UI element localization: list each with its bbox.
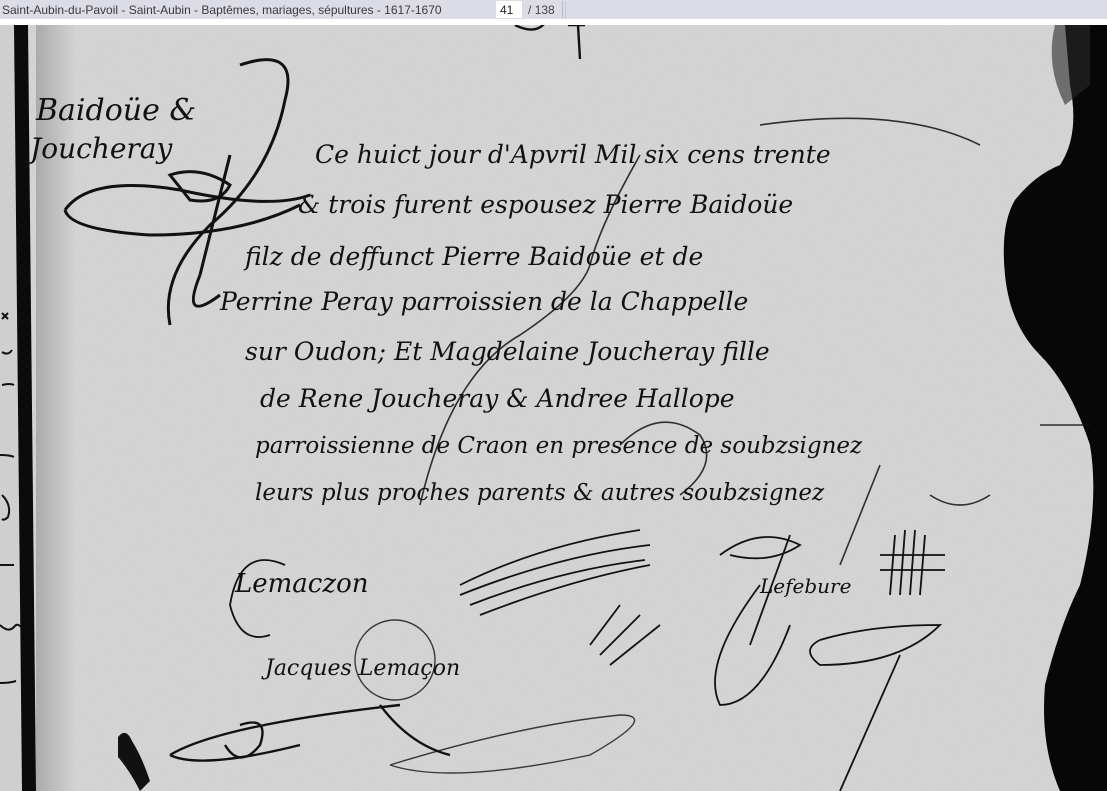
svg-text:Ce huict jour d'Apvril Mil six: Ce huict jour d'Apvril Mil six cens tren…	[315, 140, 831, 169]
svg-text:Baidoüe &: Baidoüe &	[35, 93, 196, 128]
svg-text:& trois furent espousez Pierre: & trois furent espousez Pierre Baidoüe	[298, 190, 793, 219]
scanned-register-page[interactable]: Baidoüe & Joucheray Ce huict jour d'Apvr…	[0, 25, 1107, 791]
page-total-label: / 138	[522, 3, 561, 17]
page-number-input[interactable]	[496, 1, 522, 18]
svg-text:filz de deffunct Pierre Baidoü: filz de deffunct Pierre Baidoüe et de	[243, 242, 703, 271]
document-title: Saint-Aubin-du-Pavoil - Saint-Aubin - Ba…	[0, 3, 492, 17]
svg-text:de Rene Joucheray & Andree Hal: de Rene Joucheray & Andree Hallope	[260, 384, 735, 413]
svg-text:Lefebure: Lefebure	[759, 574, 851, 598]
viewer-toolbar: Saint-Aubin-du-Pavoil - Saint-Aubin - Ba…	[0, 0, 1107, 19]
svg-text:Jacques Lemaçon: Jacques Lemaçon	[261, 656, 460, 681]
toolbar-divider	[565, 1, 566, 18]
svg-text:sur Oudon; Et Magdelaine Jouch: sur Oudon; Et Magdelaine Joucheray fille	[245, 337, 770, 366]
image-viewer[interactable]: Baidoüe & Joucheray Ce huict jour d'Apvr…	[0, 25, 1107, 791]
svg-text:parroissienne de Craon en pres: parroissienne de Craon en presence de so…	[255, 433, 863, 459]
page-separator: /	[528, 3, 531, 17]
svg-text:Joucheray: Joucheray	[25, 132, 173, 165]
page-navigator: / 138	[492, 0, 566, 19]
total-pages: 138	[535, 3, 555, 17]
svg-text:leurs plus proches parents & a: leurs plus proches parents & autres soub…	[255, 480, 825, 506]
svg-text:Lemaczon: Lemaczon	[234, 569, 368, 599]
svg-text:Perrine Peray parroissien de l: Perrine Peray parroissien de la Chappell…	[219, 287, 748, 316]
toolbar-divider	[562, 1, 563, 18]
